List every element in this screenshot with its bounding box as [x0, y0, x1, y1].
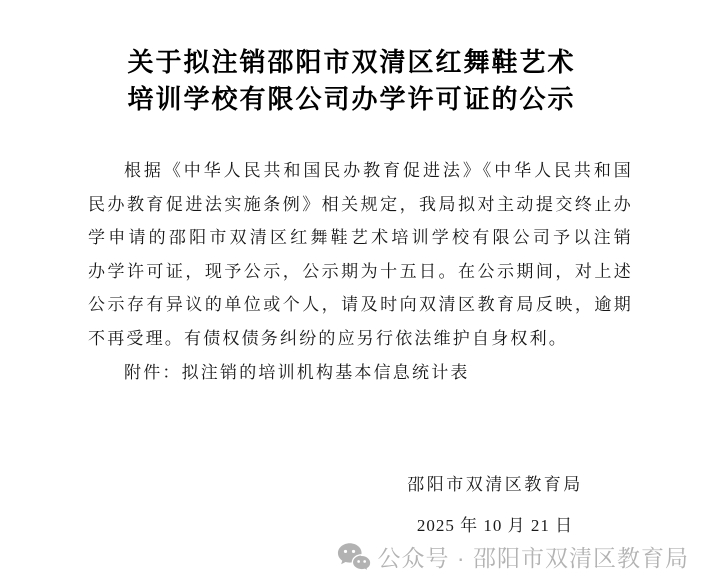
- body-line: 民办教育促进法实施条例》相关规定，我局拟对主动提交终止办: [88, 188, 633, 222]
- notice-title-line2: 培训学校有限公司办学许可证的公示: [0, 81, 703, 118]
- notice-body: 根据《中华人民共和国民办教育促进法》《中华人民共和国民办教育促进法实施条例》相关…: [88, 154, 633, 389]
- official-account-label: 公众号 · 邵阳市双清区教育局: [378, 540, 689, 573]
- body-line: 不再受理。有债权债务纠纷的应另行依法维护自身权利。: [88, 322, 633, 356]
- official-account-watermark: 公众号 · 邵阳市双清区教育局: [337, 540, 689, 573]
- body-line: 根据《中华人民共和国民办教育促进法》《中华人民共和国: [88, 154, 633, 188]
- wechat-icon: [337, 542, 371, 572]
- notice-title-line1: 关于拟注销邵阳市双清区红舞鞋艺术: [0, 44, 703, 81]
- body-line: 学申请的邵阳市双清区红舞鞋艺术培训学校有限公司予以注销: [88, 221, 633, 255]
- body-line: 附件：拟注销的培训机构基本信息统计表: [88, 356, 633, 390]
- body-line: 办学许可证，现予公示，公示期为十五日。在公示期间，对上述: [88, 255, 633, 289]
- notice-title: 关于拟注销邵阳市双清区红舞鞋艺术 培训学校有限公司办学许可证的公示: [0, 0, 703, 118]
- body-line: 公示存有异议的单位或个人，请及时向双清区教育局反映，逾期: [88, 288, 633, 322]
- signature-date: 2025 年 10 月 21 日: [375, 511, 615, 536]
- signature-agency: 邵阳市双清区教育局: [375, 470, 615, 495]
- notice-page: 关于拟注销邵阳市双清区红舞鞋艺术 培训学校有限公司办学许可证的公示 根据《中华人…: [0, 0, 703, 583]
